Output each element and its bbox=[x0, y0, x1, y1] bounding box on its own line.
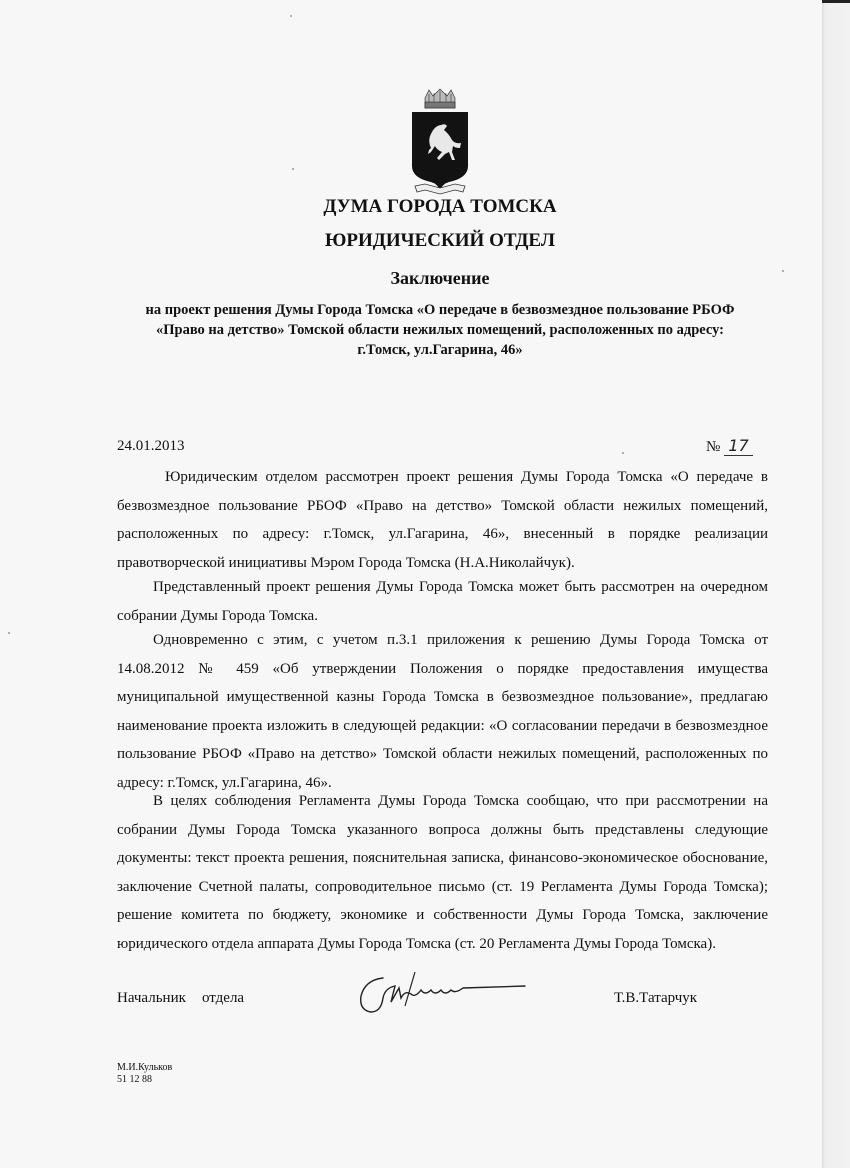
scan-speck bbox=[622, 452, 624, 454]
scan-speck bbox=[8, 632, 10, 634]
document-subject: на проект решения Думы Города Томска «О … bbox=[100, 300, 780, 360]
scan-edge-top bbox=[822, 0, 850, 3]
number-value: 17 bbox=[724, 436, 752, 456]
paragraph: Представленный проект решения Думы Город… bbox=[117, 573, 768, 630]
scan-speck bbox=[292, 168, 294, 170]
document-date: 24.01.2013 bbox=[117, 438, 185, 455]
organization-title: ДУМА ГОРОДА ТОМСКА bbox=[100, 196, 780, 218]
number-label: № bbox=[706, 439, 720, 455]
paragraph-text: В целях соблюдения Регламента Думы Город… bbox=[117, 787, 768, 958]
subject-line: «Право на детство» Томской области нежил… bbox=[100, 320, 780, 340]
paragraph: Юридическим отделом рассмотрен проект ре… bbox=[117, 463, 768, 577]
paragraph-text: Юридическим отделом рассмотрен проект ре… bbox=[117, 463, 768, 577]
executor-info: М.И.Кульков 51 12 88 bbox=[117, 1062, 172, 1086]
document-page: ДУМА ГОРОДА ТОМСКА ЮРИДИЧЕСКИЙ ОТДЕЛ Зак… bbox=[0, 0, 822, 1168]
subject-line: г.Томск, ул.Гагарина, 46» bbox=[100, 340, 780, 360]
document-type: Заключение bbox=[100, 268, 780, 289]
executor-name: М.И.Кульков bbox=[117, 1062, 172, 1074]
department-title: ЮРИДИЧЕСКИЙ ОТДЕЛ bbox=[100, 230, 780, 252]
subject-line: на проект решения Думы Города Томска «О … bbox=[100, 300, 780, 320]
paragraph: В целях соблюдения Регламента Думы Город… bbox=[117, 787, 768, 958]
paragraph-text: Представленный проект решения Думы Город… bbox=[117, 573, 768, 630]
paragraph: Одновременно с этим, с учетом п.3.1 прил… bbox=[117, 626, 768, 797]
scan-speck bbox=[782, 270, 784, 272]
document-number: №17 bbox=[706, 436, 753, 456]
signatory-title-word2: отдела bbox=[202, 990, 244, 1007]
signatory-title-word1: Начальник bbox=[117, 990, 186, 1007]
signatory-name: Т.В.Татарчук bbox=[614, 990, 697, 1007]
scan-speck bbox=[290, 15, 292, 17]
coat-of-arms-icon bbox=[405, 88, 475, 198]
executor-phone: 51 12 88 bbox=[117, 1074, 172, 1086]
scan-edge bbox=[822, 0, 850, 1168]
paragraph-text: Одновременно с этим, с учетом п.3.1 прил… bbox=[117, 626, 768, 797]
signature-icon bbox=[355, 968, 530, 1018]
